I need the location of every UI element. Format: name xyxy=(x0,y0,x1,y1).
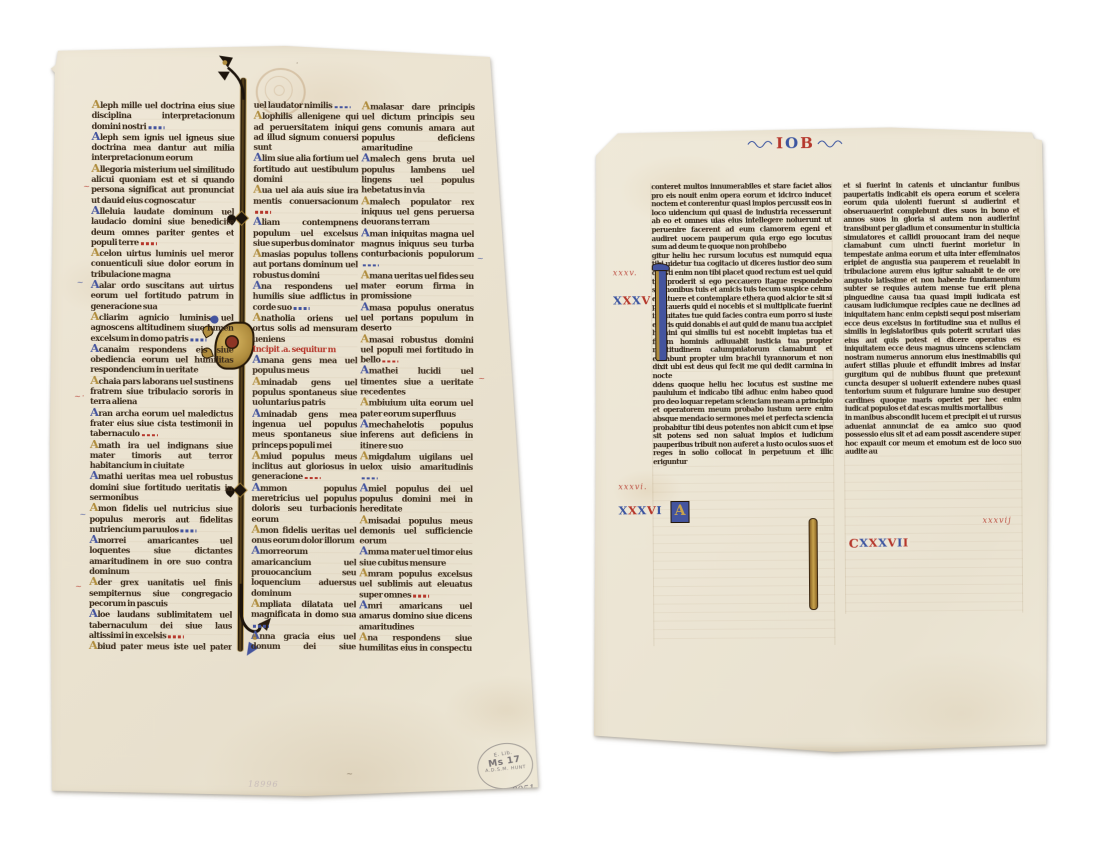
faint-stamp-number: 18996 xyxy=(248,780,278,789)
glossary-entry: Amri amaricans uel amarus domino siue di… xyxy=(359,599,472,631)
flourish-icon xyxy=(747,139,773,148)
numeral-letter: C xyxy=(849,536,859,551)
glossary-entry: Amath ira uel indignans siue mater timor… xyxy=(90,438,233,471)
glossary-entry: Amathei lucidi uel timentes siue a uerit… xyxy=(360,365,473,397)
glossary-entry: Aloe laudans sublimitatem uel tabernacul… xyxy=(89,608,232,641)
pen-flourish-icon: ~ xyxy=(346,770,354,778)
vine-knot-icon xyxy=(234,484,248,498)
glossary-entry: Ammon populus meretricius uel populus do… xyxy=(251,481,356,524)
glossary-entry: Amon fidelis uel nutricius siue populus … xyxy=(89,502,232,535)
illuminated-initial-a-gold: A xyxy=(670,501,689,523)
glossary-entry: Incipit .a. sequitur m xyxy=(252,344,357,355)
chapter-numeral-xxxvii: CXXXVII xyxy=(847,535,911,550)
text-block: conteret multos innumerabiles et stare f… xyxy=(651,182,831,252)
running-title-letters: IOB xyxy=(776,134,814,152)
running-title-letter: O xyxy=(785,134,799,152)
numeral-letter: I xyxy=(897,535,902,550)
numeral-letter: V xyxy=(641,293,650,307)
running-title-letter: B xyxy=(800,134,814,152)
glossary-entry: Aleph sem ignis uel igneus siue doctrina… xyxy=(91,131,234,164)
pen-flourish-icon: ~ xyxy=(79,511,87,519)
flourish-icon xyxy=(817,138,843,147)
left-manuscript-leaf: Aleph mille uel doctrina eius siue disci… xyxy=(46,43,550,802)
glossary-entry: Anna gracia eius uel donum dei siue mise… xyxy=(251,630,356,653)
glossary-entry: Aleph mille uel doctrina eius siue disci… xyxy=(92,99,235,132)
glossary-entry: Acelon uirtus luminis uel meror conuenti… xyxy=(91,247,234,280)
pen-flourish-icon: ~ xyxy=(77,279,85,287)
glossary-entry: Amasias populus tollens aut portans domi… xyxy=(253,248,358,280)
text-block: ddens quoque heliu hec locutus est susti… xyxy=(653,380,834,467)
glossary-entry: Amigdalum uigilans uel uelox uisio amari… xyxy=(360,450,473,482)
pen-flourish-icon: ~ xyxy=(83,183,91,191)
glossary-entry: Amon fidelis ueritas uel onus eorum dolo… xyxy=(251,524,356,546)
left-leaf-column-3: Amalasar dare principis uel dictum princ… xyxy=(359,100,475,653)
glossary-entry: Amalech gens bruta uel populus lambens u… xyxy=(361,153,474,196)
numeral-letter: V xyxy=(647,503,656,517)
text-block: et si fuerint in catenis et uinciantur f… xyxy=(843,181,1021,414)
vine-top-finial-icon xyxy=(200,49,260,105)
text-block: in manibus abscondit lucem et precipit e… xyxy=(845,413,1021,457)
glossary-entry: Aliam contempnens populum uel excelsus s… xyxy=(253,216,358,248)
glossary-entry: Aman iniquitas magna uel magnus iniquus … xyxy=(361,227,474,270)
glossary-entry: Amisadai populus meus demonis uel suffic… xyxy=(359,514,472,546)
running-title-letter: I xyxy=(776,134,784,152)
glossary-entry: Aminadab gens uel populus spontaneus siu… xyxy=(252,375,357,407)
margin-chapter-flourish: xxxvi. xyxy=(618,483,647,491)
pen-flourish-icon: · xyxy=(296,60,300,68)
glossary-entry: Alleluia laudate dominum uel laudacio do… xyxy=(91,205,234,248)
right-manuscript-leaf: IOB conteret multos innumerabiles et sta… xyxy=(590,124,1054,753)
numeral-letter: V xyxy=(887,535,896,550)
glossary-entry: Amram populus excelsus uel sublimis aut … xyxy=(359,567,472,599)
glossary-entry: Amiud populus meus inclitus aut gloriosu… xyxy=(252,450,357,482)
left-leaf-column-2: uel laudator nimilisAlophilis allenigene… xyxy=(251,100,359,653)
glossary-entry: Amalech populator rex iniquus uel gens p… xyxy=(361,195,474,227)
glossary-entry: Ambiuium uita eorum uel pater eorum supe… xyxy=(360,397,473,419)
glossary-entry: Allegoria misterium uel similitudo alicu… xyxy=(91,163,234,206)
numeral-letter: X xyxy=(878,536,887,551)
photo-canvas: Aleph mille uel doctrina eius siue disci… xyxy=(0,0,1100,846)
glossary-entry: Amasai robustus domini uel populi mei fo… xyxy=(360,333,473,365)
glossary-entry: Amma mater uel timor eius siue cubitus m… xyxy=(359,546,472,568)
numeral-letter: X xyxy=(632,293,641,307)
pencil-inventory-number: 8951 xyxy=(512,784,536,797)
numeral-letter: X xyxy=(618,503,627,517)
chapter-numeral-xxxvi: XXXVI xyxy=(618,503,661,517)
numeral-letter: X xyxy=(628,503,637,517)
numeral-letter: X xyxy=(622,293,631,307)
glossary-entry: Anatholia oriens uel ortus solis ad mens… xyxy=(252,312,357,344)
glossary-entry: Aran archa eorum uel maledictus frater e… xyxy=(90,407,233,440)
margin-chapter-flourish: xxxv. xyxy=(613,269,638,277)
pen-flourish-icon: ~ xyxy=(75,583,83,591)
pen-flourish-icon: ~· xyxy=(74,393,85,401)
glossary-entry: Aua uel aia auis siue ira mentis conuers… xyxy=(253,184,358,216)
running-title-iob: IOB xyxy=(720,134,870,153)
pen-flourish-icon: ~ xyxy=(477,255,485,263)
numeral-letter: X xyxy=(859,536,868,551)
numeral-letter: I xyxy=(656,503,661,517)
numeral-letter: X xyxy=(613,293,622,307)
illuminated-initial-i xyxy=(655,267,668,361)
left-leaf-column-1: Aleph mille uel doctrina eius siue disci… xyxy=(89,99,235,652)
glossary-entry: Ader grex uanitatis uel finis sempiternu… xyxy=(89,576,232,609)
glossary-entry: Ampliata dilatata uel magnificata in dom… xyxy=(251,598,356,630)
glossary-entry: Alim siue alia fortium uel fortitudo aut… xyxy=(253,152,358,184)
glossary-entry: Abiud pater meus iste uel pater laudis s… xyxy=(89,640,232,652)
glossary-entry: Amana gens mea uel populus meus xyxy=(252,354,357,376)
glossary-entry: Amasa populus oneratus uel portans popul… xyxy=(360,301,473,333)
glossary-entry: Amalasar dare principis uel dictum princ… xyxy=(361,100,474,153)
glossary-entry: Aminadab gens mea ingenua uel populus me… xyxy=(252,407,357,450)
glossary-entry: Acanaim respondens eis siue obediencia e… xyxy=(90,343,233,376)
pen-flourish-icon: ~ xyxy=(478,375,486,383)
right-leaf-wrap: IOB conteret multos innumerabiles et sta… xyxy=(590,124,1054,753)
glossary-entry: Ana respondens uel humilis siue adflictu… xyxy=(253,280,358,312)
glossary-entry: Amana ueritas uel fides seu mater eorum … xyxy=(361,269,474,301)
glossary-entry: Amiel populus dei uel populus domini mei… xyxy=(360,482,473,514)
glossary-entry: uel laudator nimilis xyxy=(254,100,359,111)
right-leaf-column-1: conteret multos innumerabiles et stare f… xyxy=(650,182,835,646)
text-block: gitur heliu hec rursum locutus est numqu… xyxy=(652,251,833,381)
glossary-entry: Amathi ueritas mea uel robustus domini s… xyxy=(90,470,233,503)
numeral-letter: X xyxy=(637,503,646,517)
left-leaf-wrap: Aleph mille uel doctrina eius siue disci… xyxy=(46,43,550,802)
glossary-entry: Achaia pars laborans uel sustinens fratr… xyxy=(90,375,233,408)
numeral-letter: X xyxy=(869,536,878,551)
glossary-entry: Amorrei amaricantes uel loquentes siue d… xyxy=(89,534,232,577)
glossary-entry: Alophilis allenigene qui ad peruersitate… xyxy=(253,110,358,153)
glossary-entry: Amechahelotis populus inferens aut defic… xyxy=(360,418,473,450)
illuminated-initial-bar xyxy=(809,518,819,610)
vine-knot-icon xyxy=(235,212,249,226)
chapter-numeral-xxxv: XXXV xyxy=(613,293,650,307)
glossary-entry: Ana respondens siue humilitas eius in co… xyxy=(359,631,472,653)
glossary-entry: Amorreorum amaricancium uel prouocancium… xyxy=(251,545,356,598)
glossary-entry: Aalar ordo suscitans aut uirtus eorum ue… xyxy=(91,279,234,312)
glossary-entry: Acliarim agnicio luminis uel agnoscens a… xyxy=(90,311,233,344)
numeral-letter: I xyxy=(903,535,908,550)
